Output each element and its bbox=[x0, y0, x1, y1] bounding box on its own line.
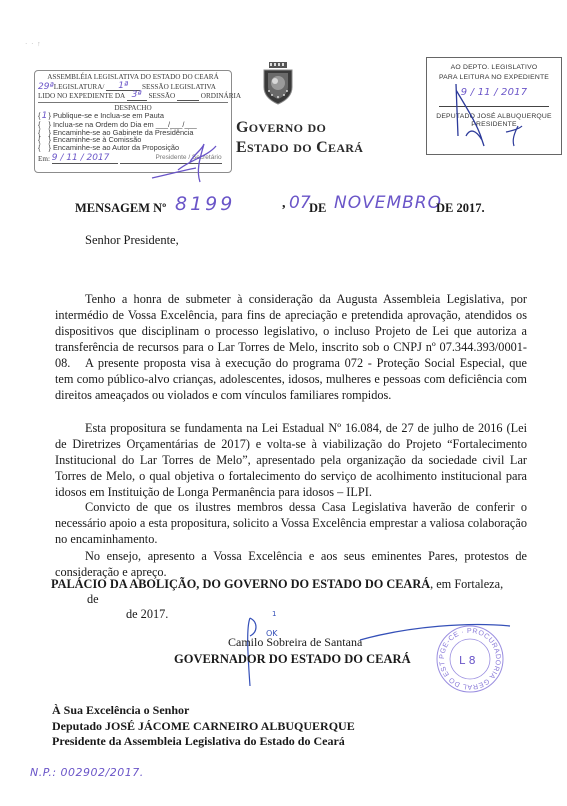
salutation: Senhor Presidente, bbox=[85, 233, 179, 248]
message-de: DE bbox=[309, 201, 326, 216]
message-year: DE 2017. bbox=[436, 201, 485, 216]
message-month: NOVEMBRO bbox=[334, 193, 442, 213]
pge-seal-stamp: PGE-CE · PROCURADORIA GERAL DO ESTADO · … bbox=[435, 624, 505, 694]
legislatura-label: LEGISLATURA/ bbox=[54, 83, 105, 91]
em-date: 9 / 11 / 2017 bbox=[52, 154, 118, 164]
svg-text:1: 1 bbox=[272, 610, 276, 618]
svg-text:L 8: L 8 bbox=[459, 654, 476, 667]
paragraph: Esta propositura se fundamenta na Lei Es… bbox=[55, 420, 527, 500]
lido-row: LIDO NO EXPEDIENTE DA 3ª SESSÃO ORDINÁRI… bbox=[38, 91, 228, 101]
ordinaria-label: ORDINÁRIA bbox=[201, 92, 241, 100]
addressee-line3: Presidente da Assembleia Legislativa do … bbox=[52, 734, 355, 750]
addressee-line2: Deputado JOSÉ JÁCOME CARNEIRO ALBUQUERQU… bbox=[52, 719, 355, 735]
paragraph: A presente proposta visa à execução do p… bbox=[55, 355, 527, 403]
message-day: 07 bbox=[289, 193, 311, 213]
corner-mark: · · ↑ bbox=[25, 40, 42, 48]
governor-name: Camilo Sobreira de Santana bbox=[228, 635, 362, 650]
process-number: N.P.: 002902/2017. bbox=[30, 766, 144, 779]
message-label: MENSAGEM Nº bbox=[75, 201, 166, 216]
option-mark: {} bbox=[38, 143, 53, 152]
lido-label: LIDO NO EXPEDIENTE DA bbox=[38, 92, 125, 100]
em-label: Em: bbox=[38, 155, 50, 163]
sessao-label: SESSÃO LEGISLATIVA bbox=[142, 83, 216, 91]
government-logo-text: GOVERNO DO ESTADO DO CEARÁ bbox=[236, 118, 363, 158]
assembly-name: ASSEMBLÉIA LEGISLATIVA DO ESTADO DO CEAR… bbox=[38, 73, 228, 82]
paragraph: No ensejo, apresento a Vossa Excelência … bbox=[55, 548, 527, 580]
message-number: 8199 bbox=[175, 193, 235, 215]
lido-number: 3ª bbox=[127, 91, 147, 101]
dept-stamp-signature bbox=[448, 70, 538, 160]
message-comma: , bbox=[282, 196, 286, 212]
addressee-block: À Sua Excelência o Senhor Deputado JOSÉ … bbox=[52, 703, 355, 750]
coat-of-arms-icon bbox=[262, 61, 294, 105]
stamp-signature bbox=[150, 140, 220, 185]
governor-title: GOVERNADOR DO ESTADO DO CEARÁ bbox=[174, 652, 411, 667]
sessao2-label: SESSÃO bbox=[148, 92, 175, 100]
paragraph: Convicto de que os ilustres membros dess… bbox=[55, 499, 527, 547]
legislatura-number: 29ª bbox=[38, 82, 54, 92]
addressee-line1: À Sua Excelência o Senhor bbox=[52, 703, 355, 719]
